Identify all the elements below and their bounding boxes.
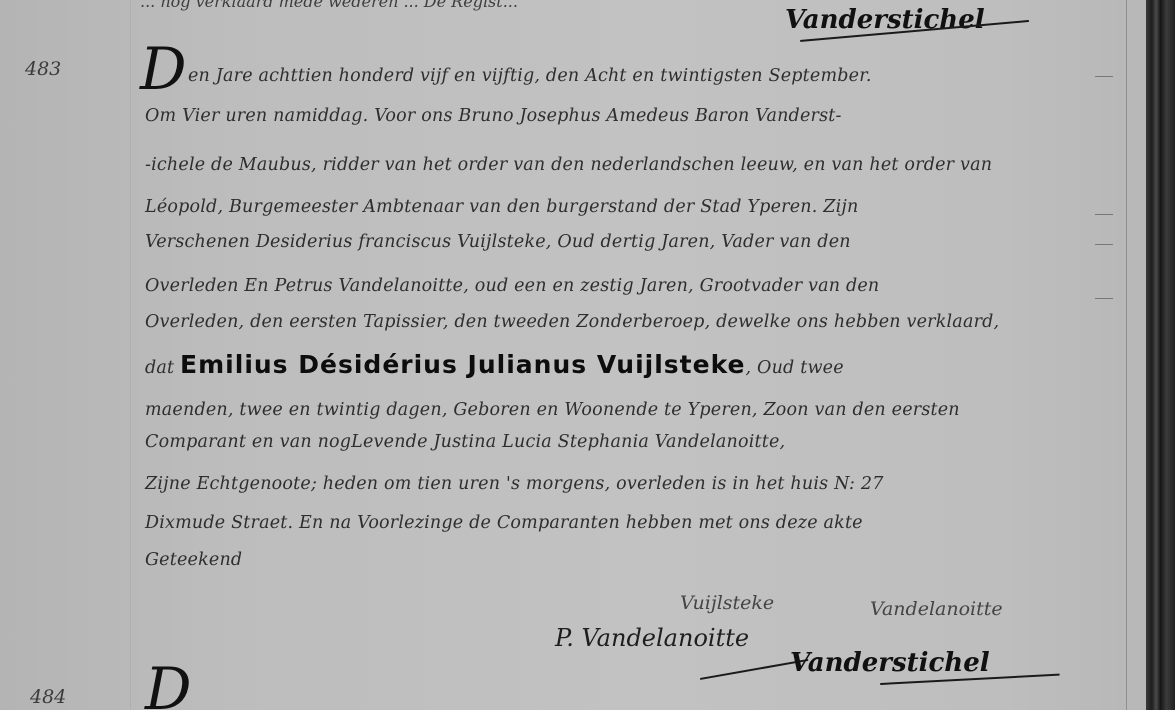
entry-number: 483 xyxy=(25,58,61,80)
register-page: ... nog verklaard mede wederen ... De Re… xyxy=(0,0,1175,710)
text-line: Comparant en van nogLevende Justina Luci… xyxy=(145,432,785,452)
deceased-line: dat Emilius Désidérius Julianus Vuijlste… xyxy=(145,350,844,379)
previous-entry-fragment: ... nog verklaard mede wederen ... De Re… xyxy=(140,0,518,11)
right-margin-rule xyxy=(1126,0,1127,710)
signature-vandelanoitte: Vandelanoitte xyxy=(870,598,1003,620)
text-line: Zijne Echtgenoote; heden om tien uren 's… xyxy=(145,474,884,494)
line-filler xyxy=(1095,76,1113,77)
text-line: Overleden En Petrus Vandelanoitte, oud e… xyxy=(145,276,879,296)
text-line: Geteekend xyxy=(145,550,242,570)
text-line: -ichele de Maubus, ridder van het order … xyxy=(145,155,992,175)
drop-initial: D xyxy=(145,660,192,710)
text-line: Om Vier uren namiddag. Voor ons Bruno Jo… xyxy=(145,106,842,126)
line-filler xyxy=(1095,298,1113,299)
text-line: Verschenen Desiderius franciscus Vuijlst… xyxy=(145,232,851,252)
signature-vanderstichel: Vanderstichel xyxy=(790,648,990,678)
text-line: Overleden, den eersten Tapissier, den tw… xyxy=(145,312,999,332)
deceased-suffix: , Oud twee xyxy=(746,358,844,378)
line-filler xyxy=(1095,244,1113,245)
drop-initial: D xyxy=(140,40,187,98)
text-line: Léopold, Burgemeester Ambtenaar van den … xyxy=(145,197,859,217)
text-line: maenden, twee en twintig dagen, Geboren … xyxy=(145,400,960,420)
entry-number: 484 xyxy=(30,686,66,708)
signature-p-vandelanoitte: P. Vandelanoitte xyxy=(555,624,749,652)
text-line: en Jare achttien honderd vijf en vijftig… xyxy=(188,66,872,86)
text-line: Dixmude Straet. En na Voorlezinge de Com… xyxy=(145,513,863,533)
line-filler xyxy=(1095,214,1113,215)
margin-rule xyxy=(130,0,131,710)
book-binding xyxy=(1146,0,1175,710)
deceased-name: Emilius Désidérius Julianus Vuijlsteke xyxy=(180,350,745,379)
top-signature: Vanderstichel xyxy=(785,5,985,35)
signature-vuijlsteke: Vuijlsteke xyxy=(680,592,774,614)
deceased-prefix: dat xyxy=(145,358,174,378)
